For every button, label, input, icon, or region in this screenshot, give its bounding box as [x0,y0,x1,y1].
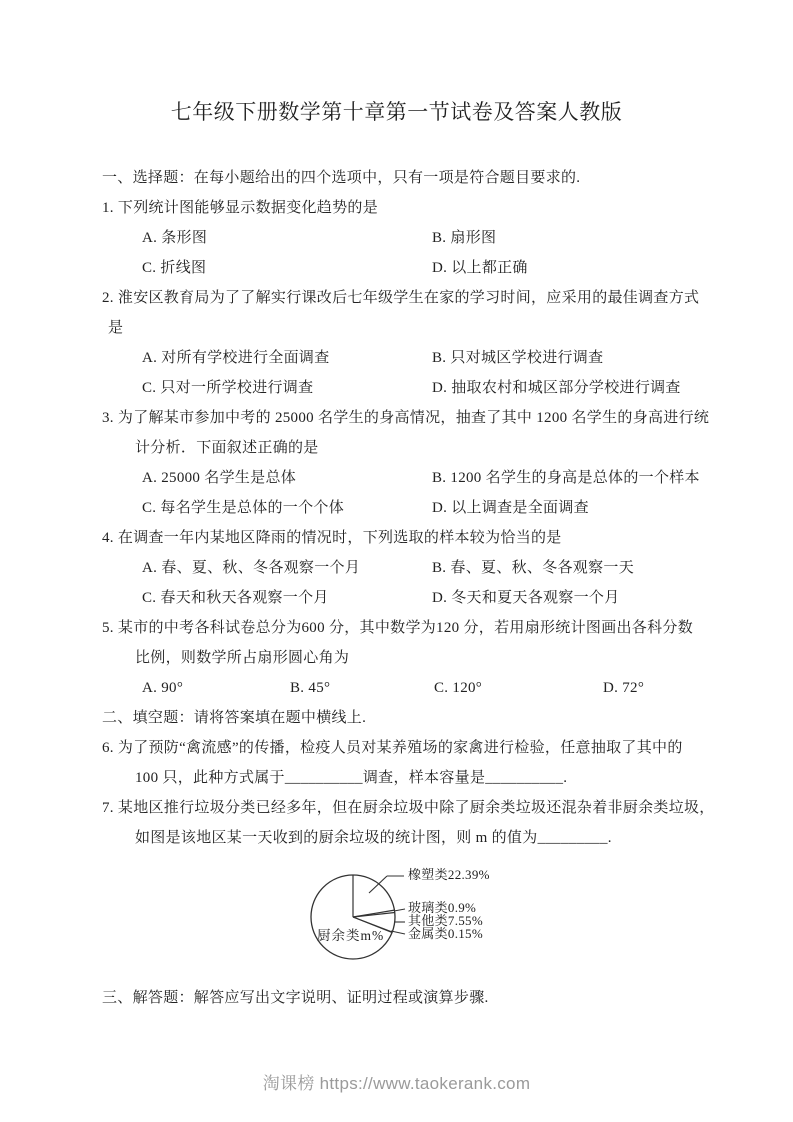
question-4-options-row-1: A. 春、夏、秋、冬各观察一个月B. 春、夏、秋、冬各观察一天 [102,553,697,583]
option-q5-b: B. 45° [290,673,434,703]
question-1-options-row-2: C. 折线图D. 以上都正确 [102,253,697,283]
question-5-text-continued: 比例，则数学所占扇形圆心角为 [102,643,697,673]
question-3-options-row-1: A. 25000 名学生是总体B. 1200 名学生的身高是总体的一个样本 [102,463,697,493]
question-1-options-row-1: A. 条形图B. 扇形图 [102,223,697,253]
pie-chart: 橡塑类22.39% 玻璃类0.9% 其他类7.55% 金属类0.15% 厨余类m… [295,857,565,975]
option-q1-b: B. 扇形图 [432,223,496,253]
option-q1-d: D. 以上都正确 [432,253,528,283]
option-q3-d: D. 以上调查是全面调查 [432,493,589,523]
option-q4-d: D. 冬天和夏天各观察一个月 [432,583,620,613]
option-q1-c: C. 折线图 [142,253,432,283]
question-6-text: 6. 为了预防“禽流感”的传播，检疫人员对某养殖场的家禽进行检验，任意抽取了其中… [102,733,697,763]
option-q5-c: C. 120° [434,673,603,703]
option-q3-b: B. 1200 名学生的身高是总体的一个样本 [432,463,700,493]
pie-label-kitchen-waste: 厨余类m% [317,927,384,943]
site-watermark: 淘课榜 https://www.taokerank.com [0,1069,793,1094]
question-2-options-row-2: C. 只对一所学校进行调查D. 抽取农村和城区部分学校进行调查 [102,373,697,403]
question-4-options-row-2: C. 春天和秋天各观察一个月D. 冬天和夏天各观察一个月 [102,583,697,613]
section-choice-header: 一、选择题：在每小题给出的四个选项中，只有一项是符合题目要求的. [102,163,697,193]
option-q5-a: A. 90° [142,673,290,703]
section-fill-header: 二、填空题：请将答案填在题中横线上. [102,703,697,733]
option-q2-a: A. 对所有学校进行全面调查 [142,343,432,373]
section-answer-header: 三、解答题：解答应写出文字说明、证明过程或演算步骤. [102,983,697,1013]
option-q2-c: C. 只对一所学校进行调查 [142,373,432,403]
question-2-options-row-1: A. 对所有学校进行全面调查B. 只对城区学校进行调查 [102,343,697,373]
question-1-text: 1. 下列统计图能够显示数据变化趋势的是 [102,193,697,223]
question-4-text: 4. 在调查一年内某地区降雨的情况时，下列选取的样本较为恰当的是 [102,523,697,553]
question-3-options-row-2: C. 每名学生是总体的一个个体D. 以上调查是全面调查 [102,493,697,523]
option-q2-b: B. 只对城区学校进行调查 [432,343,603,373]
question-5-text: 5. 某市的中考各科试卷总分为600 分，其中数学为120 分，若用扇形统计图画… [102,613,697,643]
page-title: 七年级下册数学第十章第一节试卷及答案人教版 [0,95,793,129]
test-paper-page: 七年级下册数学第十章第一节试卷及答案人教版 一、选择题：在每小题给出的四个选项中… [0,0,793,1122]
question-2-text-continued: 是 [102,313,697,343]
question-2-text: 2. 淮安区教育局为了了解实行课改后七年级学生在家的学习时间，应采用的最佳调查方… [102,283,697,313]
question-6-text-continued: 100 只，此种方式属于__________调查，样本容量是__________… [102,763,697,793]
paper-body: 一、选择题：在每小题给出的四个选项中，只有一项是符合题目要求的. 1. 下列统计… [102,163,697,1013]
question-7-text-continued: 如图是该地区某一天收到的厨余垃圾的统计图，则 m 的值为_________. [102,823,697,853]
option-q3-a: A. 25000 名学生是总体 [142,463,432,493]
option-q5-d: D. 72° [603,673,644,703]
option-q3-c: C. 每名学生是总体的一个个体 [142,493,432,523]
pie-label-rubber-plastic: 橡塑类22.39% [408,867,490,882]
question-3-text: 3. 为了解某市参加中考的 25000 名学生的身高情况，抽查了其中 1200 … [102,403,697,433]
option-q4-a: A. 春、夏、秋、冬各观察一个月 [142,553,432,583]
pie-label-metal: 金属类0.15% [408,926,483,941]
option-q4-b: B. 春、夏、秋、冬各观察一天 [432,553,634,583]
pie-leader-line [394,909,405,911]
question-5-options-row: A. 90°B. 45°C. 120°D. 72° [102,673,697,703]
pie-chart-figure: 橡塑类22.39% 玻璃类0.9% 其他类7.55% 金属类0.15% 厨余类m… [295,857,697,975]
pie-leader-line [369,876,387,893]
option-q1-a: A. 条形图 [142,223,432,253]
question-3-text-continued: 计分析．下面叙述正确的是 [102,433,697,463]
option-q2-d: D. 抽取农村和城区部分学校进行调查 [432,373,681,403]
option-q4-c: C. 春天和秋天各观察一个月 [142,583,432,613]
question-7-text: 7. 某地区推行垃圾分类已经多年，但在厨余垃圾中除了厨余类垃圾还混杂着非厨余类垃… [102,793,697,823]
